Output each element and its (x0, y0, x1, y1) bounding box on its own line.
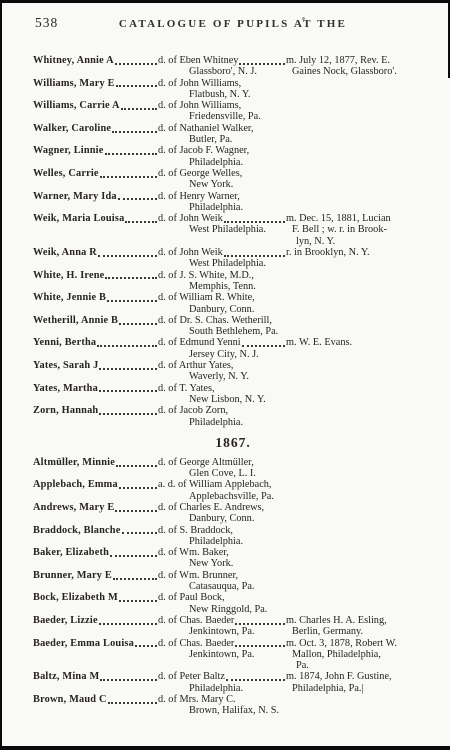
dot-leader (226, 671, 285, 681)
entry-line-1: Baker, Elizabethd. of Wm. Baker, (33, 547, 433, 558)
residence-text: Catasauqua, Pa. (189, 581, 254, 592)
dot-leader (118, 191, 157, 201)
parent-text: d. of George Welles, (158, 168, 242, 179)
residence-text: Waverly, N. Y. (189, 371, 249, 382)
pupil-name: Baeder, Emma Louisa (33, 638, 134, 649)
marriage-cont-text: Philadelphia, Pa.| (292, 683, 364, 694)
name-cell: White, Jennie B (33, 292, 158, 303)
entry-line-2: Applebachsville, Pa. (33, 491, 433, 502)
catalogue-entry: Andrews, Mary Ed. of Charles E. Andrews,… (33, 502, 433, 525)
parent-cell: d. of Chas. Baeder (158, 638, 286, 649)
residence-text: Butler, Pa. (189, 134, 232, 145)
entry-line-2: Brown, Halifax, N. S. (33, 705, 433, 716)
pupil-name: Baker, Elizabeth (33, 547, 109, 558)
parent-text: a. d. of William Applebach, (158, 479, 272, 490)
entry-line-2: Glassboro', N. J.Gaines Nock, Glassboro'… (33, 66, 433, 77)
entry-line-2: Catasauqua, Pa. (33, 581, 433, 592)
parent-text: d. of William R. White, (158, 292, 255, 303)
scanned-page: 538 CATALOGUE OF PUPILS AT THE Whitney, … (0, 0, 450, 750)
name-cell: Welles, Carrie (33, 168, 158, 179)
parent-text: d. of Eben Whitney (158, 55, 238, 66)
pupil-name: Altmüller, Minnie (33, 457, 115, 468)
marriage-text: m. July 12, 1877, Rev. E. (286, 55, 390, 66)
parent-text: d. of John Weik (158, 213, 223, 224)
dot-leader (121, 100, 157, 110)
entry-line-3: lyn, N. Y. (33, 236, 433, 247)
entry-line-2: Glen Cove, L. I. (33, 468, 433, 479)
catalogue-entry: Wagner, Linnied. of Jacob F. Wagner,Phil… (33, 145, 433, 168)
name-cell: Wagner, Linnie (33, 145, 158, 156)
name-cell: Brown, Maud C (33, 694, 158, 705)
catalogue-entry: Baltz, Mina Md. of Peter Baltzm. 1874, J… (33, 671, 433, 694)
residence-text: Memphis, Tenn. (189, 281, 256, 292)
name-cell: Applebach, Emma (33, 479, 158, 490)
pupil-name: Baltz, Mina M (33, 671, 99, 682)
dot-leader (239, 55, 285, 65)
catalogue-entry: Walker, Carolined. of Nathaniel Walker,B… (33, 123, 433, 146)
pupil-name: Welles, Carrie (33, 168, 99, 179)
name-cell: Warner, Mary Ida (33, 191, 158, 202)
entry-line-2: Philadelphia. (33, 417, 433, 428)
pupil-name: Weik, Anna R (33, 247, 97, 258)
entry-line-2: Flatbush, N. Y. (33, 89, 433, 100)
residence-text: Philadelphia. (189, 417, 243, 428)
entry-line-2: Jenkintown, Pa.Berlin, Germany. (33, 626, 433, 637)
dot-leader (97, 337, 157, 347)
marriage-text: m. Oct. 3, 1878, Robert W. (286, 638, 397, 649)
marriage-cont-text: Gaines Nock, Glassboro'. (292, 66, 397, 77)
parent-text: d. of Henry Warner, (158, 191, 240, 202)
dot-leader (98, 247, 157, 257)
name-cell: Whitney, Annie A (33, 55, 158, 66)
entry-line-1: Brown, Maud Cd. of Mrs. Mary C. (33, 694, 433, 705)
entry-line-1: Wetherill, Annie Bd. of Dr. S. Chas. Wet… (33, 315, 433, 326)
parent-text: d. of Nathaniel Walker, (158, 123, 254, 134)
catalogue-entry: Brown, Maud Cd. of Mrs. Mary C.Brown, Ha… (33, 694, 433, 717)
catalogue-entry: Baeder, Lizzied. of Chas. Baederm. Charl… (33, 615, 433, 638)
name-cell: Wetherill, Annie B (33, 315, 158, 326)
name-cell: Bock, Elizabeth M (33, 592, 158, 603)
entry-line-1: Weik, Anna Rd. of John Weikr. in Brookly… (33, 247, 433, 258)
dot-leader (99, 405, 157, 415)
residence-text: Glen Cove, L. I. (189, 468, 256, 479)
name-cell: Baeder, Emma Louisa (33, 638, 158, 649)
entry-line-2: Philadelphia. (33, 202, 433, 213)
entry-line-1: Warner, Mary Idad. of Henry Warner, (33, 191, 433, 202)
entry-line-1: Welles, Carried. of George Welles, (33, 168, 433, 179)
name-cell: Walker, Caroline (33, 123, 158, 134)
name-cell: Baltz, Mina M (33, 671, 158, 682)
entry-line-2: Jersey City, N. J. (33, 349, 433, 360)
entry-line-1: Weik, Maria Louisad. of John Weikm. Dec.… (33, 213, 433, 224)
catalogue-entry: Williams, Carrie Ad. of John Williams,Fr… (33, 100, 433, 123)
pupil-name: Bock, Elizabeth M (33, 592, 118, 603)
pupil-name: Walker, Caroline (33, 123, 111, 134)
catalogue-entry: Yates, Sarah Jd. of Arthur Yates,Waverly… (33, 360, 433, 383)
catalogue-entry: Yenni, Berthad. of Edmund Yennim. W. E. … (33, 337, 433, 360)
residence-text: Applebachsville, Pa. (189, 491, 274, 502)
entry-line-1: Brunner, Mary Ed. of Wm. Brunner, (33, 570, 433, 581)
pupil-name: Zorn, Hannah (33, 405, 98, 416)
pupil-name: Brown, Maud C (33, 694, 107, 705)
catalogue-entry: Williams, Mary Ed. of John Williams,Flat… (33, 78, 433, 101)
name-cell: Weik, Anna R (33, 247, 158, 258)
dot-leader (110, 547, 157, 557)
name-cell: Andrews, Mary E (33, 502, 158, 513)
residence-text: Jersey City, N. J. (189, 349, 259, 360)
dot-leader (122, 525, 157, 535)
pupil-name: Yates, Martha (33, 383, 98, 394)
scan-edge-left (0, 0, 2, 750)
entry-line-1: Baltz, Mina Md. of Peter Baltzm. 1874, J… (33, 671, 433, 682)
pupil-name: Brunner, Mary E (33, 570, 112, 581)
entry-line-1: Altmüller, Minnied. of George Altmüller, (33, 457, 433, 468)
name-cell: Williams, Mary E (33, 78, 158, 89)
marriage-text: m. W. E. Evans. (286, 337, 352, 348)
parent-text: d. of Mrs. Mary C. (158, 694, 236, 705)
parent-text: d. of Chas. Baeder (158, 638, 234, 649)
entry-line-2: Philadelphia. (33, 157, 433, 168)
parent-text: d. of Jacob Zorn, (158, 405, 228, 416)
dot-leader (235, 615, 285, 625)
catalogue-entry: Braddock, Blanched. of S. Braddock,Phila… (33, 525, 433, 548)
residence-text: Flatbush, N. Y. (189, 89, 251, 100)
parent-text: d. of Wm. Baker, (158, 547, 229, 558)
dot-leader (115, 502, 157, 512)
residence-text: Jenkintown, Pa. (189, 626, 255, 637)
marriage-cont-text: Berlin, Germany. (292, 626, 363, 637)
catalogue-entry: Yates, Marthad. of T. Yates,New Lisbon, … (33, 383, 433, 406)
residence-text: New York. (189, 558, 233, 569)
dot-leader (119, 592, 157, 602)
parent-text: d. of Peter Baltz (158, 671, 225, 682)
dot-leader (113, 570, 157, 580)
parent-text: d. of Jacob F. Wagner, (158, 145, 249, 156)
dot-leader (115, 55, 157, 65)
year-heading: 1867. (33, 436, 433, 450)
residence-text: Philadelphia. (189, 536, 243, 547)
scan-edge-top (0, 0, 450, 3)
dot-leader (116, 78, 157, 88)
entry-line-1: White, Jennie Bd. of William R. White, (33, 292, 433, 303)
marriage-cont-text: lyn, N. Y. (296, 236, 335, 247)
name-cell: Williams, Carrie A (33, 100, 158, 111)
pupil-name: Baeder, Lizzie (33, 615, 98, 626)
parent-text: d. of T. Yates, (158, 383, 215, 394)
catalogue-entry: Bock, Elizabeth Md. of Paul Bock,New Rin… (33, 592, 433, 615)
name-cell: Brunner, Mary E (33, 570, 158, 581)
entry-line-2: Danbury, Conn. (33, 513, 433, 524)
residence-text: Jenkintown, Pa. (189, 649, 255, 660)
entry-line-2: South Bethlehem, Pa. (33, 326, 433, 337)
pupil-name: Yates, Sarah J (33, 360, 98, 371)
residence-text: New Ringgold, Pa. (189, 604, 267, 615)
pupil-name: Whitney, Annie A (33, 55, 114, 66)
pupil-name: Williams, Carrie A (33, 100, 120, 111)
parent-text: d. of Paul Bock, (158, 592, 225, 603)
catalogue-entry: Altmüller, Minnied. of George Altmüller,… (33, 457, 433, 480)
text-block: 538 CATALOGUE OF PUPILS AT THE Whitney, … (33, 19, 433, 717)
dot-leader (224, 213, 285, 223)
dot-leader (99, 360, 157, 370)
entry-line-1: Yates, Sarah Jd. of Arthur Yates, (33, 360, 433, 371)
residence-text: South Bethlehem, Pa. (189, 326, 278, 337)
marriage-cont-text: Mallon, Philadelphia, (292, 649, 381, 660)
entry-line-1: Yates, Marthad. of T. Yates, (33, 383, 433, 394)
catalogue-entry: Weik, Maria Louisad. of John Weikm. Dec.… (33, 213, 433, 247)
name-cell: Yates, Sarah J (33, 360, 158, 371)
entry-line-1: Wagner, Linnied. of Jacob F. Wagner, (33, 145, 433, 156)
name-cell: Yates, Martha (33, 383, 158, 394)
catalogue-entry: Wetherill, Annie Bd. of Dr. S. Chas. Wet… (33, 315, 433, 338)
entry-line-2: Danbury, Conn. (33, 304, 433, 315)
dot-leader (242, 337, 285, 347)
entry-line-1: White, H. Irened. of J. S. White, M.D., (33, 270, 433, 281)
pupil-name: Yenni, Bertha (33, 337, 96, 348)
pupil-name: Wagner, Linnie (33, 145, 104, 156)
entry-line-2: Philadelphia. (33, 536, 433, 547)
parent-text: d. of John Williams, (158, 78, 241, 89)
entry-line-1: Whitney, Annie Ad. of Eben Whitneym. Jul… (33, 55, 433, 66)
name-cell: Zorn, Hannah (33, 405, 158, 416)
residence-text: Philadelphia. (189, 683, 243, 694)
pupil-name: Warner, Mary Ida (33, 191, 117, 202)
residence-text: West Philadelphia. (189, 224, 266, 235)
entry-line-2: New Ringgold, Pa. (33, 604, 433, 615)
pupil-name: Braddock, Blanche (33, 525, 121, 536)
marriage-cont-text: Pa. (296, 660, 309, 671)
parent-cell: d. of John Weik (158, 213, 286, 224)
pupil-name: White, H. Irene (33, 270, 104, 281)
entry-line-2: New York. (33, 558, 433, 569)
marriage-text: m. Charles H. A. Esling, (286, 615, 387, 626)
name-cell: Altmüller, Minnie (33, 457, 158, 468)
catalogue-entry: Warner, Mary Idad. of Henry Warner,Phila… (33, 191, 433, 214)
parent-text: d. of Charles E. Andrews, (158, 502, 264, 513)
entry-line-3: Pa. (33, 660, 433, 671)
residence-text: Danbury, Conn. (189, 513, 254, 524)
residence-text: Glassboro', N. J. (189, 66, 257, 77)
marriage-cont-text: F. Bell ; w. r. in Brook- (292, 224, 387, 235)
residence-text: Danbury, Conn. (189, 304, 254, 315)
parent-text: d. of John Weik (158, 247, 223, 258)
dot-leader (235, 638, 285, 648)
dot-leader (125, 213, 157, 223)
pupil-name: Andrews, Mary E (33, 502, 114, 513)
residence-text: Friedensville, Pa. (189, 111, 261, 122)
dot-leader (135, 638, 157, 648)
name-cell: Braddock, Blanche (33, 525, 158, 536)
residence-text: New Lisbon, N. Y. (189, 394, 266, 405)
parent-cell: d. of John Weik (158, 247, 286, 258)
name-cell: Yenni, Bertha (33, 337, 158, 348)
parent-text: d. of George Altmüller, (158, 457, 254, 468)
entry-line-1: Applebach, Emmaa. d. of William Applebac… (33, 479, 433, 490)
entry-line-2: Jenkintown, Pa.Mallon, Philadelphia, (33, 649, 433, 660)
dot-leader (116, 457, 157, 467)
entry-line-1: Zorn, Hannahd. of Jacob Zorn, (33, 405, 433, 416)
page-number: 538 (35, 17, 58, 28)
pupil-name: Wetherill, Annie B (33, 315, 118, 326)
residence-text: West Philadelphia. (189, 258, 266, 269)
entry-line-1: Baeder, Lizzied. of Chas. Baederm. Charl… (33, 615, 433, 626)
pupil-name: Applebach, Emma (33, 479, 118, 490)
parent-text: d. of Wm. Brunner, (158, 570, 238, 581)
entry-line-2: Memphis, Tenn. (33, 281, 433, 292)
entry-line-1: Yenni, Berthad. of Edmund Yennim. W. E. … (33, 337, 433, 348)
name-cell: Weik, Maria Louisa (33, 213, 158, 224)
entry-line-2: New Lisbon, N. Y. (33, 394, 433, 405)
sections: Whitney, Annie Ad. of Eben Whitneym. Jul… (33, 55, 433, 717)
name-cell: Baeder, Lizzie (33, 615, 158, 626)
parent-text: d. of Edmund Yenni (158, 337, 241, 348)
catalogue-entry: Weik, Anna Rd. of John Weikr. in Brookly… (33, 247, 433, 270)
parent-text: d. of Dr. S. Chas. Wetherill, (158, 315, 272, 326)
parent-text: d. of Chas. Baeder (158, 615, 234, 626)
dot-leader (99, 615, 157, 625)
entry-line-1: Braddock, Blanched. of S. Braddock, (33, 525, 433, 536)
parent-cell: d. of Eben Whitney (158, 55, 286, 66)
residence-text: Brown, Halifax, N. S. (189, 705, 279, 716)
dot-leader (99, 383, 157, 393)
marriage-text: m. 1874, John F. Gustine, (286, 671, 392, 682)
catalogue-entry: Whitney, Annie Ad. of Eben Whitneym. Jul… (33, 55, 433, 78)
entry-line-1: Walker, Carolined. of Nathaniel Walker, (33, 123, 433, 134)
entry-line-2: New York. (33, 179, 433, 190)
parent-cell: d. of Edmund Yenni (158, 337, 286, 348)
entry-line-1: Andrews, Mary Ed. of Charles E. Andrews, (33, 502, 433, 513)
parent-text: d. of Arthur Yates, (158, 360, 234, 371)
dot-leader (107, 292, 157, 302)
scan-edge-bottom (0, 746, 450, 750)
name-cell: Baker, Elizabeth (33, 547, 158, 558)
dot-leader (105, 270, 157, 280)
entry-line-2: Butler, Pa. (33, 134, 433, 145)
entry-line-1: Williams, Mary Ed. of John Williams, (33, 78, 433, 89)
dot-leader (100, 168, 157, 178)
catalogue-entry: Baker, Elizabethd. of Wm. Baker,New York… (33, 547, 433, 570)
dot-leader (100, 671, 157, 681)
parent-text: d. of John Williams, (158, 100, 241, 111)
catalogue-entry: Baeder, Emma Louisad. of Chas. Baederm. … (33, 638, 433, 672)
name-cell: White, H. Irene (33, 270, 158, 281)
dot-leader (119, 479, 157, 489)
entry-line-2: Waverly, N. Y. (33, 371, 433, 382)
catalogue-entry: Brunner, Mary Ed. of Wm. Brunner,Catasau… (33, 570, 433, 593)
dot-leader (108, 694, 157, 704)
pupil-name: Williams, Mary E (33, 78, 115, 89)
marriage-text: m. Dec. 15, 1881, Lucian (286, 213, 391, 224)
parent-text: d. of J. S. White, M.D., (158, 270, 254, 281)
residence-text: New York. (189, 179, 233, 190)
residence-text: Philadelphia. (189, 202, 243, 213)
page-header: 538 CATALOGUE OF PUPILS AT THE (33, 19, 433, 33)
catalogue-entry: Zorn, Hannahd. of Jacob Zorn,Philadelphi… (33, 405, 433, 428)
marriage-text: r. in Brooklyn, N. Y. (286, 247, 370, 258)
catalogue-entry: White, Jennie Bd. of William R. White,Da… (33, 292, 433, 315)
parent-text: d. of S. Braddock, (158, 525, 233, 536)
pupil-name: Weik, Maria Louisa (33, 213, 124, 224)
parent-cell: d. of Peter Baltz (158, 671, 286, 682)
dot-leader (105, 145, 157, 155)
parent-cell: d. of Chas. Baeder (158, 615, 286, 626)
entry-line-2: West Philadelphia. (33, 258, 433, 269)
entry-line-1: Williams, Carrie Ad. of John Williams, (33, 100, 433, 111)
catalogue-entry: Welles, Carried. of George Welles,New Yo… (33, 168, 433, 191)
running-title: CATALOGUE OF PUPILS AT THE (33, 19, 433, 30)
catalogue-entry: Applebach, Emmaa. d. of William Applebac… (33, 479, 433, 502)
catalogue-entry: White, H. Irened. of J. S. White, M.D.,M… (33, 270, 433, 293)
dot-leader (119, 315, 157, 325)
entry-line-2: Friedensville, Pa. (33, 111, 433, 122)
dot-leader (224, 247, 285, 257)
residence-text: Philadelphia. (189, 157, 243, 168)
dot-leader (112, 123, 157, 133)
entry-line-1: Baeder, Emma Louisad. of Chas. Baederm. … (33, 638, 433, 649)
entry-line-1: Bock, Elizabeth Md. of Paul Bock, (33, 592, 433, 603)
entry-line-2: Philadelphia.Philadelphia, Pa.| (33, 683, 433, 694)
pupil-name: White, Jennie B (33, 292, 106, 303)
entry-line-2: West Philadelphia.F. Bell ; w. r. in Bro… (33, 224, 433, 235)
